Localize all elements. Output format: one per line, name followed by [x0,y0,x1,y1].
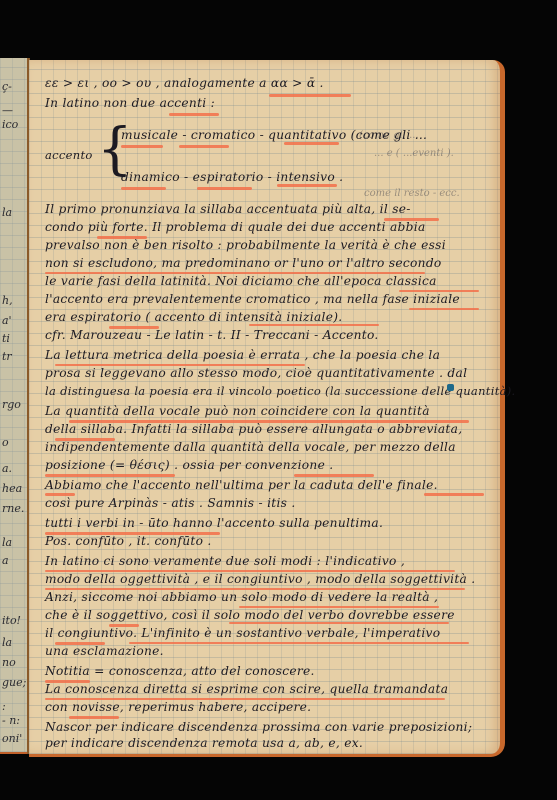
faint-note: ... e ( ...eventi ). [374,148,454,159]
left-fragment: h, [2,294,13,307]
underline [277,184,337,187]
left-fragment: ti [2,332,10,345]
text-line: εε > ει , οο > ου , analogamente a αα > … [45,76,324,90]
blue-ink-mark [447,384,454,391]
underline [284,142,339,145]
underline [121,145,163,148]
left-fragment: ico [2,118,18,131]
left-fragment: o [2,436,9,449]
underline [424,493,484,496]
left-fragment: : [2,700,6,713]
left-fragment: hea [2,482,22,495]
left-page-edge: ç- — ico la h, a' ti tr rgo o a. hea rne… [0,58,28,754]
left-fragment: a [2,554,9,567]
text-line: prosa si leggevano allo stesso modo, cio… [45,366,467,380]
text-line: Notitia = conoscenza, atto del conoscere… [45,664,315,678]
left-fragment: la [2,536,12,549]
text-line: le varie fasi della latinità. Noi diciam… [45,274,437,288]
text-line: cfr. Marouzeau - Le latin - t. II - Trec… [45,328,379,342]
left-fragment: oni' [2,732,22,745]
text-line: Abbiamo che l'accento nell'ultima per la… [45,478,438,492]
text-line: dinamico - espiratorio - intensivo . [121,170,343,184]
underline [229,622,449,624]
underline [197,187,252,190]
text-line: musicale - cromatico - quantitativo (com… [121,128,427,142]
left-fragment: a' [2,314,12,327]
text-line: Pos. confūto , it. confūto . [45,534,212,548]
text-line: modo della oggettività , e il congiuntiv… [45,572,475,586]
left-fragment: - n: [2,714,20,727]
underline [129,642,469,644]
underline [69,716,119,719]
left-fragment: a. [2,462,12,475]
text-line: era espiratorio ( accento di intensità i… [45,310,342,324]
underline [409,308,479,310]
text-line: La quantità della vocale può non coincid… [45,404,430,418]
left-fragment: no [2,656,16,669]
text-line: una esclamazione. [45,644,164,658]
underline [294,474,374,477]
left-fragment: — [2,104,13,117]
text-line: In latino non due accenti : [45,96,215,110]
faint-note: come il resto - ecc. [364,188,460,199]
text-line: Anzi, siccome noi abbiamo un solo modo d… [45,590,438,604]
text-line: In latino ci sono veramente due soli mod… [45,554,405,568]
left-fragment: tr [2,350,12,363]
left-fragment: ito! [2,614,21,627]
text-line: così pure Arpinàs - atis . Samnis - itis… [45,496,296,510]
text-line: Il primo pronunziava la sillaba accentua… [45,202,411,216]
underline [249,324,379,326]
text-line: tutti i verbi in - ūto hanno l'accento s… [45,516,383,530]
text-line: Nascor per indicare discendenza prossima… [45,720,472,734]
text-line: con novisse, reperimus habere, accipere. [45,700,311,714]
bracket-label: accento [45,148,93,162]
text-line: il congiuntivo. L'infinito è un sostanti… [45,626,440,640]
text-line: della sillaba. Infatti la sillaba può es… [45,422,462,436]
left-fragment: la [2,636,12,649]
underline [399,290,479,292]
text-line: La lettura metrica della poesia è errata… [45,348,440,362]
left-fragment: rne. [2,502,24,515]
text-line: che è il soggettivo, così il solo modo d… [45,608,455,622]
text-line: per indicare discendenza remota usa a, a… [45,736,363,750]
underline [179,145,229,148]
text-line: posizione (= θέσις) . ossia per convenzi… [45,458,333,472]
underline [169,113,219,116]
text-line: La conoscenza diretta si esprime con sci… [45,682,448,696]
text-line: l'accento era prevalentemente cromatico … [45,292,460,306]
underline [45,474,175,477]
left-fragment: la [2,206,12,219]
left-fragment: rgo [2,398,21,411]
left-fragment: ç- [2,80,12,93]
text-line: la distinguesa la poesia era il vincolo … [45,384,516,398]
left-fragment: gue; [2,676,26,689]
text-line: condo più forte. Il problema di quale de… [45,220,426,234]
notebook-page: (come gli ... ... e ( ...eventi ). come … [29,60,505,757]
underline [121,187,166,190]
underline [269,94,351,97]
text-line: prevalso non è ben risolto : probabilmen… [45,238,446,252]
text-line: non si escludono, ma predominano or l'un… [45,256,442,270]
text-line: indipendentemente dalla quantità della v… [45,440,456,454]
